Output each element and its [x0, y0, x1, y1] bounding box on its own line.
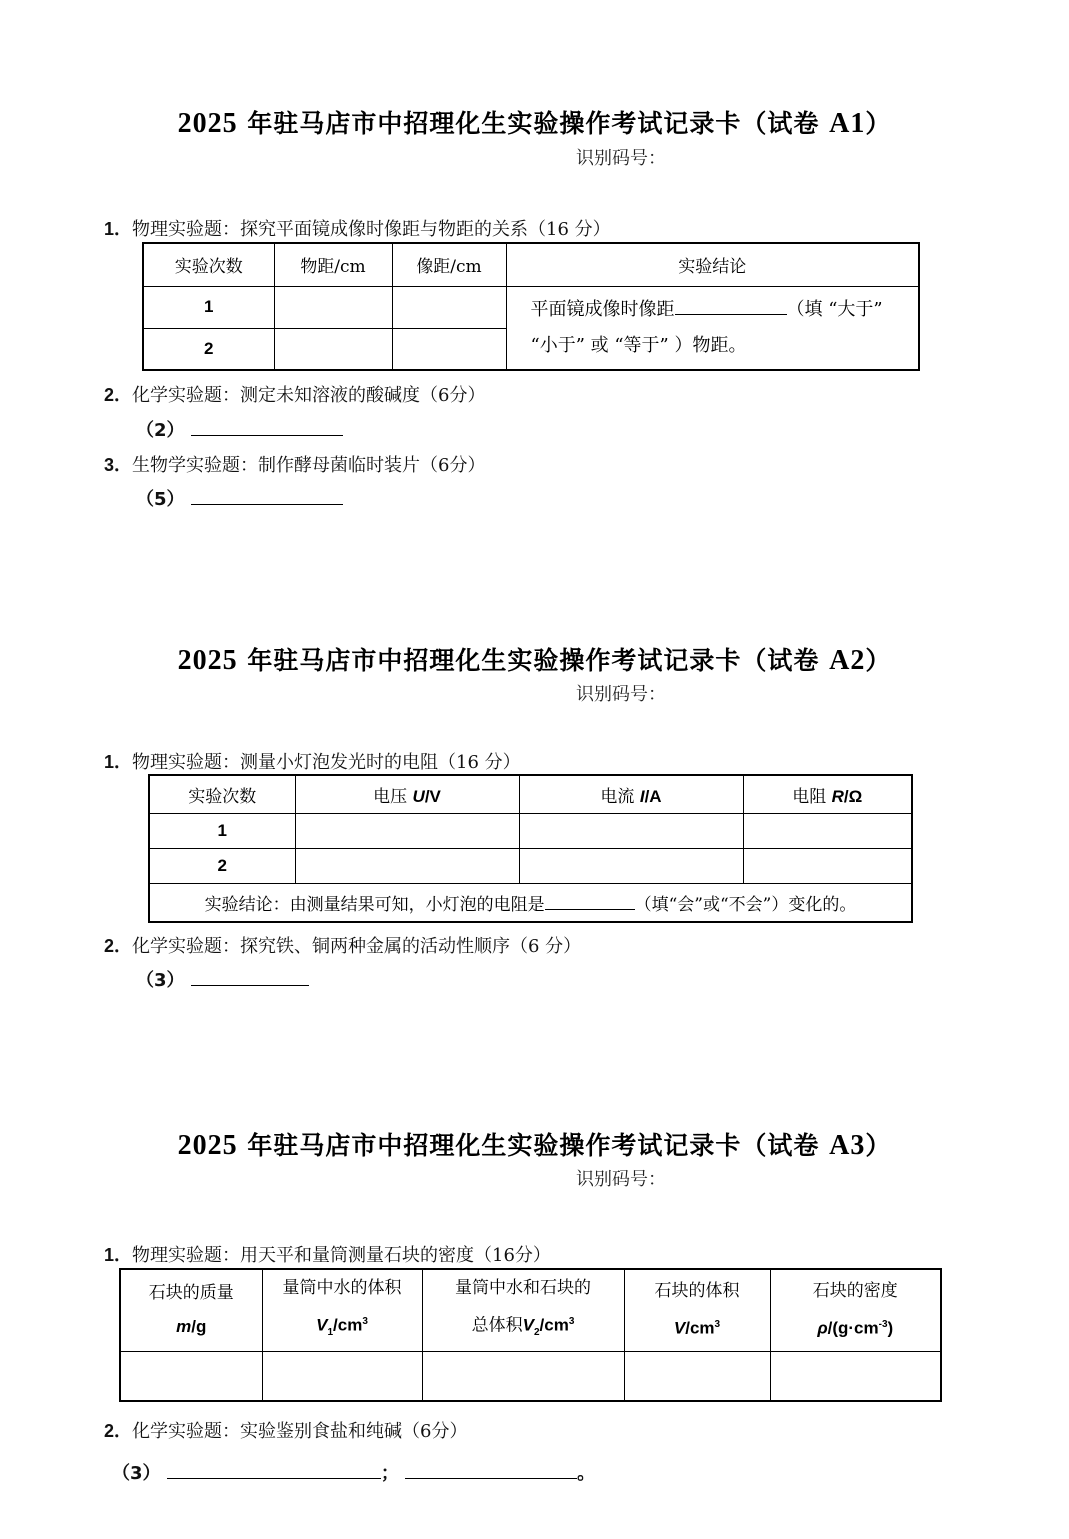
header-object-distance: 物距/cm [274, 243, 392, 286]
resistance-table: 实验次数 电压 U/V 电流 I/A 电阻 R/Ω 1 2 实验结论：由测量结果… [148, 774, 913, 923]
mass-input[interactable] [120, 1351, 262, 1401]
density-input[interactable] [770, 1351, 941, 1401]
voltage-input[interactable] [295, 848, 519, 883]
header-stone-volume: 石块的体积 V/cm3 [624, 1269, 770, 1351]
header-trial: 实验次数 [143, 243, 274, 286]
header-voltage: 电压 U/V [295, 775, 519, 813]
stone-volume-input[interactable] [624, 1351, 770, 1401]
resistance-input[interactable] [743, 848, 912, 883]
conclusion-cell: 平面镜成像时像距（填 “大于” “小于” 或 “等于” ）物距。 [506, 286, 919, 370]
question-1-heading: 1．物理实验题：测量小灯泡发光时的电阻（16 分） [104, 748, 521, 774]
question-2-heading: 2．化学实验题：探究铁、铜两种金属的活动性顺序（6 分） [104, 932, 581, 958]
question-2-heading: 2．化学实验题：测定未知溶液的酸碱度（6分） [104, 381, 485, 407]
header-total-volume: 量筒中水和石块的 总体积V2/cm3 [422, 1269, 624, 1351]
trial-number: 2 [149, 848, 295, 883]
card-title: 2025 年驻马店市中招理化生实验操作考试记录卡（试卷 A3） [0, 1126, 1069, 1162]
header-image-distance: 像距/cm [392, 243, 506, 286]
mirror-table: 实验次数 物距/cm 像距/cm 实验结论 1 平面镜成像时像距（填 “大于” … [142, 242, 920, 371]
header-trial: 实验次数 [149, 775, 295, 813]
answer-blank[interactable] [191, 486, 343, 505]
header-mass: 石块的质量 m/g [120, 1269, 262, 1351]
answer-blank[interactable] [191, 417, 343, 436]
answer-line: （3） ； 。 [112, 1459, 595, 1485]
header-conclusion: 实验结论 [506, 243, 919, 286]
answer-line: （5） [136, 485, 343, 511]
question-1-heading: 1．物理实验题：用天平和量筒测量石块的密度（16分） [104, 1241, 551, 1267]
answer-blank[interactable] [191, 967, 309, 986]
image-distance-input[interactable] [392, 286, 506, 328]
object-distance-input[interactable] [274, 286, 392, 328]
conclusion-blank[interactable] [675, 296, 787, 315]
current-input[interactable] [519, 813, 743, 848]
header-resistance: 电阻 R/Ω [743, 775, 912, 813]
trial-number: 1 [149, 813, 295, 848]
voltage-input[interactable] [295, 813, 519, 848]
answer-line: （3） [136, 966, 309, 992]
image-distance-input[interactable] [392, 328, 506, 370]
answer-blank-1[interactable] [167, 1460, 381, 1479]
card-title: 2025 年驻马店市中招理化生实验操作考试记录卡（试卷 A2） [0, 641, 1069, 677]
question-1-heading: 1．物理实验题：探究平面镜成像时像距与物距的关系（16 分） [104, 215, 611, 241]
current-input[interactable] [519, 848, 743, 883]
header-water-volume: 量筒中水的体积 V1/cm3 [262, 1269, 422, 1351]
id-code-label: 识别码号： [576, 680, 666, 706]
conclusion-blank[interactable] [545, 891, 635, 910]
header-current: 电流 I/A [519, 775, 743, 813]
question-3-heading: 3．生物学实验题：制作酵母菌临时装片（6分） [104, 451, 485, 477]
trial-number: 2 [143, 328, 274, 370]
water-volume-input[interactable] [262, 1351, 422, 1401]
id-code-label: 识别码号： [576, 144, 666, 170]
trial-number: 1 [143, 286, 274, 328]
id-code-label: 识别码号： [576, 1165, 666, 1191]
object-distance-input[interactable] [274, 328, 392, 370]
answer-line: （2） [136, 416, 343, 442]
density-table: 石块的质量 m/g 量筒中水的体积 V1/cm3 量筒中水和石块的 总体积V2/… [119, 1268, 942, 1402]
header-density: 石块的密度 ρ/(g·cm-3) [770, 1269, 941, 1351]
question-2-heading: 2．化学实验题：实验鉴别食盐和纯碱（6分） [104, 1417, 467, 1443]
total-volume-input[interactable] [422, 1351, 624, 1401]
card-title: 2025 年驻马店市中招理化生实验操作考试记录卡（试卷 A1） [0, 104, 1069, 140]
conclusion-cell: 实验结论：由测量结果可知，小灯泡的电阻是（填“会”或“不会”）变化的。 [149, 883, 912, 922]
resistance-input[interactable] [743, 813, 912, 848]
answer-blank-2[interactable] [405, 1460, 577, 1479]
